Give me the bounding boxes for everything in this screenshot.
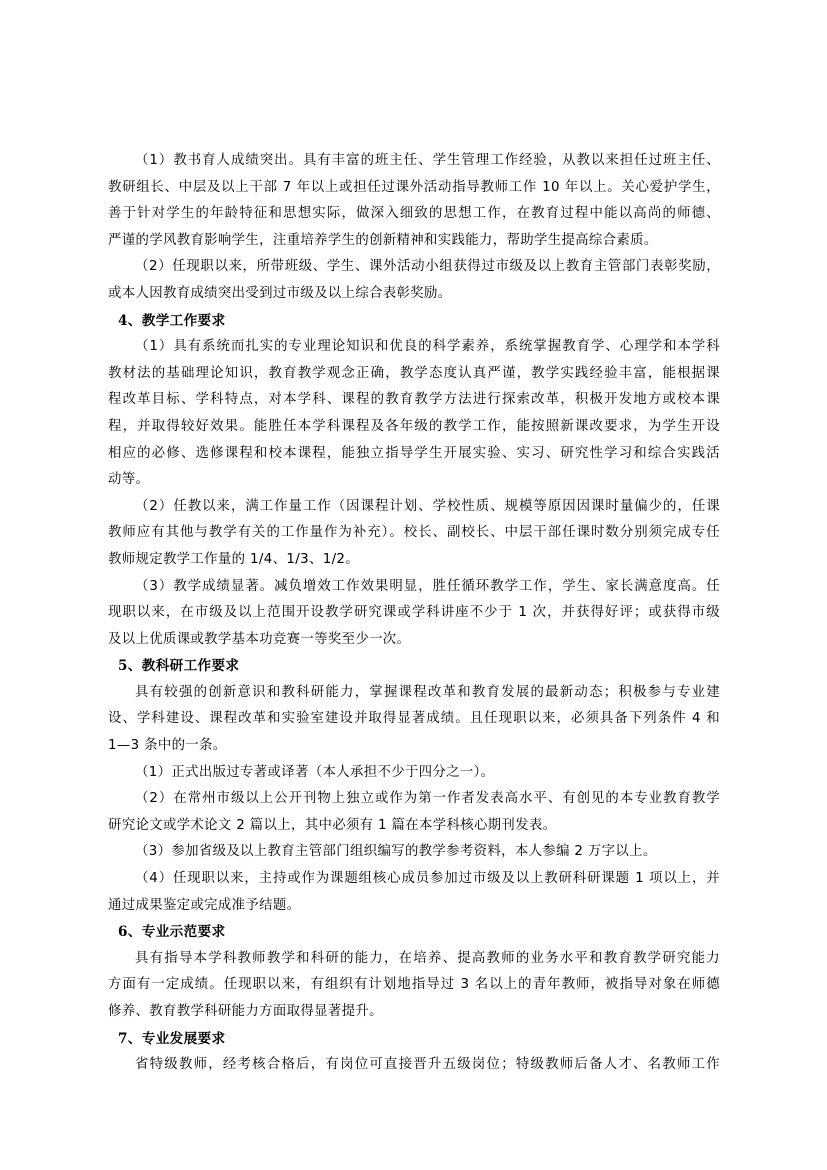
paragraph-line: 省特级教师，经考核合格后，有岗位可直接晋升五级岗位；特级教师后备人才、名教师工作 [108,1052,720,1079]
document-body: （1）教书育人成绩突出。具有丰富的班主任、学生管理工作经验，从教以来担任过班主任… [108,148,720,1079]
paragraph-line: （2）任教以来，满工作量工作（因课程计划、学校性质、规模等原因因课时量偏少的，任… [108,494,720,521]
paragraph-line: 教师应有其他与教学有关的工作量作为补充）。校长、副校长、中层干部任课时数分别须完… [108,520,720,547]
paragraph-line: 方面有一定成绩。任现职以来，有组织有计划地指导过 3 名以上的青年教师，被指导对… [108,972,720,999]
paragraph-line: 现职以来，在市级及以上范围开设教学研究课或学科讲座不少于 1 次，并获得好评；或… [108,600,720,627]
paragraph-line: 具有较强的创新意识和教科研能力，掌握课程改革和教育发展的最新动态；积极参与专业建 [108,680,720,707]
paragraph-line: 相应的必修、选修课程和校本课程，能独立指导学生开展实验、实习、研究性学习和综合实… [108,441,720,468]
paragraph-line: 修养、教育教学科研能力方面取得显著提升。 [108,999,720,1026]
section-heading-development: 7、专业发展要求 [108,1026,720,1053]
paragraph-line: （1）具有系统而扎实的专业理论知识和优良的科学素养，系统掌握教育学、心理学和本学… [108,334,720,361]
paragraph-line: 善于针对学生的年龄特征和思想实际，做深入细致的思想工作，在教育过程中能以高尚的师… [108,201,720,228]
paragraph-line: （4）任现职以来，主持或作为课题组核心成员参加过市级及以上教研科研课题 1 项以… [108,866,720,893]
paragraph-line: 教材法的基础理论知识，教育教学观念正确，教学态度认真严谨，教学实践经验丰富，能根… [108,361,720,388]
document-page: （1）教书育人成绩突出。具有丰富的班主任、学生管理工作经验，从教以来担任过班主任… [0,0,827,1170]
paragraph-line: 设、学科建设、课程改革和实验室建设并取得显著成绩。且任现职以来，必须具备下列条件… [108,706,720,733]
paragraph-line: 通过成果鉴定或完成准予结题。 [108,893,720,920]
paragraph-line: （1）教书育人成绩突出。具有丰富的班主任、学生管理工作经验，从教以来担任过班主任… [108,148,720,175]
paragraph-line: （2）在常州市级以上公开刊物上独立或作为第一作者发表高水平、有创见的本专业教育教… [108,786,720,813]
paragraph-line: （3）教学成绩显著。减负增效工作效果明显，胜任循环教学工作，学生、家长满意度高。… [108,574,720,601]
paragraph-line: 动等。 [108,467,720,494]
paragraph-line: 严谨的学风教育影响学生，注重培养学生的创新精神和实践能力，帮助学生提高综合素质。 [108,228,720,255]
paragraph-line: 程，并取得较好效果。能胜任本学科课程及各年级的教学工作，能按照新课改要求，为学生… [108,414,720,441]
section-heading-teaching: 4、教学工作要求 [108,308,720,335]
paragraph-line: 研究论文或学术论文 2 篇以上，其中必须有 1 篇在本学科核心期刊发表。 [108,813,720,840]
paragraph-line: （3）参加省级及以上教育主管部门组织编写的教学参考资料，本人参编 2 万字以上。 [108,839,720,866]
paragraph-line: 及以上优质课或教学基本功竞赛一等奖至少一次。 [108,627,720,654]
paragraph-line: 程改革目标、学科特点，对本学科、课程的教育教学方法进行探索改革，积极开发地方或校… [108,387,720,414]
paragraph-line: 教师规定教学工作量的 1/4、1/3、1/2。 [108,547,720,574]
section-heading-research: 5、教科研工作要求 [108,653,720,680]
paragraph-line: 具有指导本学科教师教学和科研的能力，在培养、提高教师的业务水平和教育教学研究能力 [108,946,720,973]
paragraph-line: （1）正式出版过专著或译著（本人承担不少于四分之一）。 [108,760,720,787]
paragraph-line: 或本人因教育成绩突出受到过市级及以上综合表彰奖励。 [108,281,720,308]
paragraph-line: （2）任现职以来，所带班级、学生、课外活动小组获得过市级及以上教育主管部门表彰奖… [108,254,720,281]
section-heading-demonstration: 6、专业示范要求 [108,919,720,946]
paragraph-line: 1—3 条中的一条。 [108,733,720,760]
paragraph-line: 教研组长、中层及以上干部 7 年以上或担任过课外活动指导教师工作 10 年以上。… [108,175,720,202]
